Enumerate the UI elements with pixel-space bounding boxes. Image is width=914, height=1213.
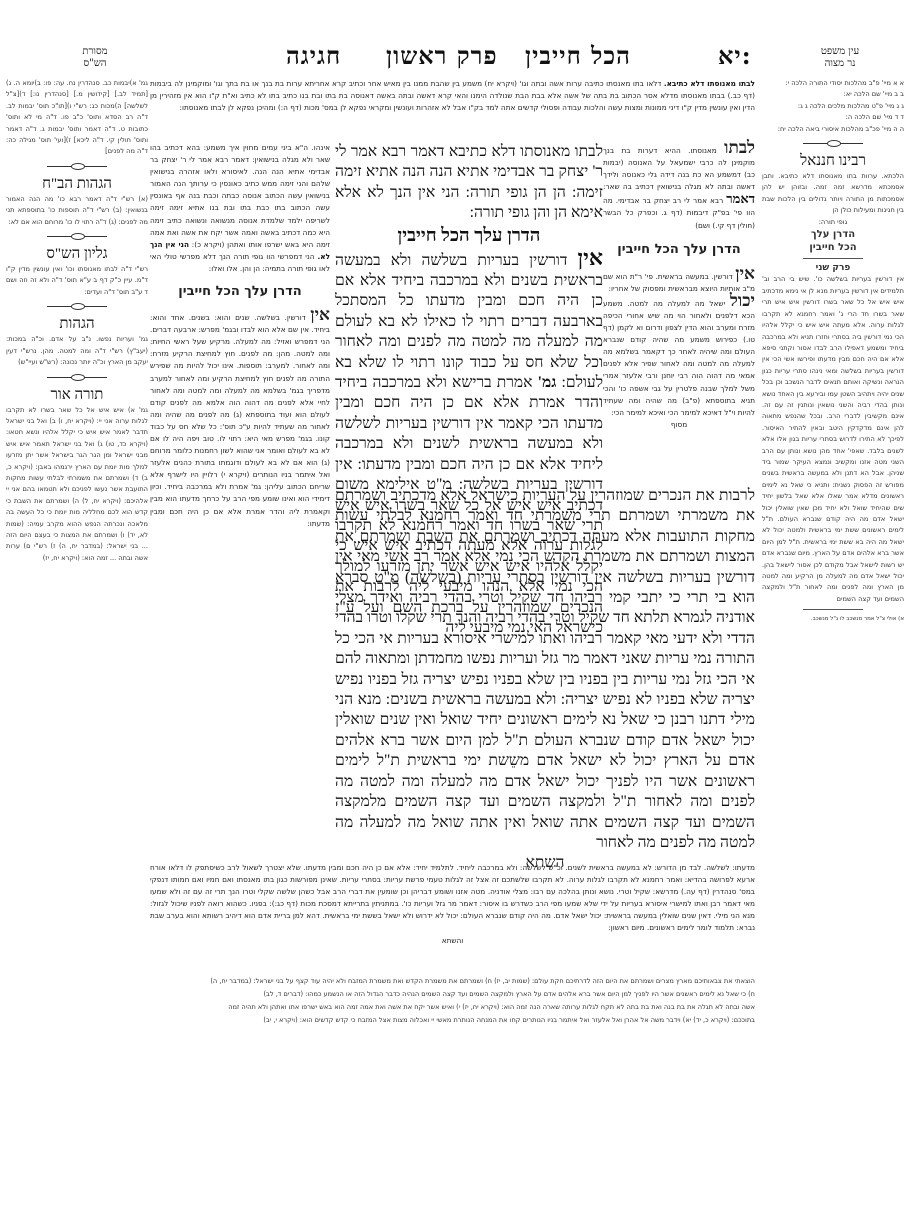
rabbeinu-chananel-text-2: אין דורשין בעריות בשלשה כו'. שיש בי הרב … [762,275,904,602]
bottom-rashi-text: מדעתו: לשלשה. לבד מן הדורש: לא במעשה ברא… [150,863,755,932]
gemara-lower: לרבות את הנכרים שמוזהרין על העריות כישרא… [335,486,755,874]
rashi-text-4: ישאל מה למעלה מה למטה. משמע הכא דלפנים ו… [603,299,755,417]
rashi-damar: דאמר [726,191,755,206]
ornament-divider [47,302,107,310]
rabbeinu-chananel-title: רבינו חננאל [762,151,904,171]
gilyon-hashas-text: רש"י ד"ה לבתו מאנוסתו וכו' ואין עונשין מ… [6,264,148,298]
rashi-end: מסוף [603,419,755,431]
rabbeinu-chananel-footnote: א) אולי צ"ל אמר מנשכב לו ג"ל מנשכב. [762,614,904,625]
left-commentary: אינהו. ה"א ביני עמים מחוין איך משמע: בהא… [150,142,330,530]
gilyon-hashas-title: גליון הש"ס [6,244,148,264]
ornament-divider [47,373,107,381]
gemara-line-1: לבתו מאנוסתו דלא כתיבא [449,143,603,160]
rabbeinu-chananel-hadran: הדרן עלך הכל חייבין [762,228,904,254]
chapter-name: הכל חייבין [525,41,631,71]
verse-line-1: הוצאתי את צבאותיכם מארץ מצרים ושמרתם את … [60,975,755,988]
daf-number: יא: [718,41,752,71]
gemara-label: גמ' [538,374,557,391]
mesoret-hashas-text: גמ' א)יבמות כב. סנהדרין נח. עה: פו: ב)יו… [6,78,148,158]
rabbeinu-chananel-text-1b: גופי תורה: [762,217,904,228]
haghot-habach-text: (א) רש"י ד"ה דאמר רבא כו' מה הנה האמור ב… [6,194,148,228]
tosafot-dibur: לבתו מאנוסתו דלא כתיבא. [664,79,755,88]
bottom-rashi: מדעתו: לשלשה. לבד מן הדורש: לא במעשה ברא… [150,862,755,947]
ornament-divider [47,162,107,170]
rabbeinu-chananel-text-1: הלכתא. ערוות בתו מאנוסתו דלא כתיבא. ותבן… [762,172,904,214]
ein-mishpat-label: עין משפט נר מצוה [790,46,890,70]
haghot-habach-title: הגהות הב"ח [6,174,148,194]
torah-or-title: תורה אור [6,385,148,405]
rashi-opening-word: לבתו [724,138,755,157]
perek-sheni-title: פרק שני [762,263,904,274]
torah-or-text: גמ' א) איש איש אל כל שאר בשרו לא תקרבו ל… [6,405,148,565]
mesoret-label: מסורת הש"ס [60,46,130,70]
mishna-opening-word: אין [577,245,603,270]
rashi-column: לבתו מאנוסתו. ההיא דערות בת בנך מוקמינן … [603,142,755,431]
left-ein-opening: אין [310,305,330,324]
tractate-title: חגיגה [286,41,341,71]
rashi-text-3: דורשין. במעשה בראשית. פי' ר"ת הוא שם מ"ב… [603,272,755,293]
gemara-hadran: הדרן עלך הכל חייבין [335,224,603,248]
rashi-hadran: הדרן עלך הכל חייבין [603,238,755,262]
perek-title: פרק ראשון [386,41,498,71]
ein-mishpat-entry: ב ב מיי' שם הלכה יא: [762,89,904,100]
ein-mishpat-entry: ד ד מיי' שם הלכה ה: [762,112,904,123]
left-comm-text-2: הני דמפרשי הוו גופי תורה הנך דלא מפרשי ט… [150,252,330,273]
verse-line-3: אשה ובתה לא תגלה את בת בנה ואת בת בתה לא… [60,1001,755,1014]
left-comm-text-3: דורשין. בשלשה. שנים והוא: בשנים. אחד והו… [150,313,330,528]
bottom-rashi-end: והשתא [150,935,755,947]
tosafot-top: לבתו מאנוסתו דלא כתיבא. דלאו בתו מאנסתו … [150,78,755,114]
left-comm-text-1: אינהו. ה"א ביני עמים מחוין איך משמע: בהא… [150,143,330,249]
ornament-divider [47,232,107,240]
gemara-text-2: לרבות את הנכרים שמוזהרין על העריות כישרא… [335,487,755,851]
mishna-text: דורשין בעריות בשלשה ולא במעשה בראשית בשנ… [335,252,603,391]
haghot-title: הגהות [6,314,148,334]
verse-line-2: ח) כי שאל נא לימים ראשנים אשר היו לפניך … [60,988,755,1001]
left-hadran: הדרן עלך הכל חייבין [150,280,330,304]
rashi-yakhol-opening: יכול [730,291,755,310]
haghot-text: גמ' ועריות נפשו. נ"ב על אדם. וכ"ה במכות:… [6,334,148,368]
ein-mishpat-entry: א א מיי' פ"ב מהלכות יסודי התורה הלכה י: [762,78,904,89]
divider [803,258,863,259]
verse-line-4: בתוככם: (ויקרא כ, יד) יא) וידבר משה אל א… [60,1014,755,1027]
rashi-ein-opening: אין [735,264,755,283]
divider [803,609,863,610]
ein-mishpat-column: א א מיי' פ"ב מהלכות יסודי התורה הלכה י: … [762,78,904,626]
ein-mishpat-entry: ג ג מיי' פ"ט מהלכות מלכים הלכה ג ג: [762,101,904,112]
ein-mishpat-entry: ה ה מיי' פכ"ב מהלכות איסורי ביאה הלכה יח… [762,124,904,135]
left-margin-column: גמ' א)יבמות כב. סנהדרין נח. עה: פו: ב)יו… [6,78,148,564]
ornament-divider [803,139,863,147]
bottom-verses: הוצאתי את צבאותיכם מארץ מצרים ושמרתם את … [60,975,755,1027]
